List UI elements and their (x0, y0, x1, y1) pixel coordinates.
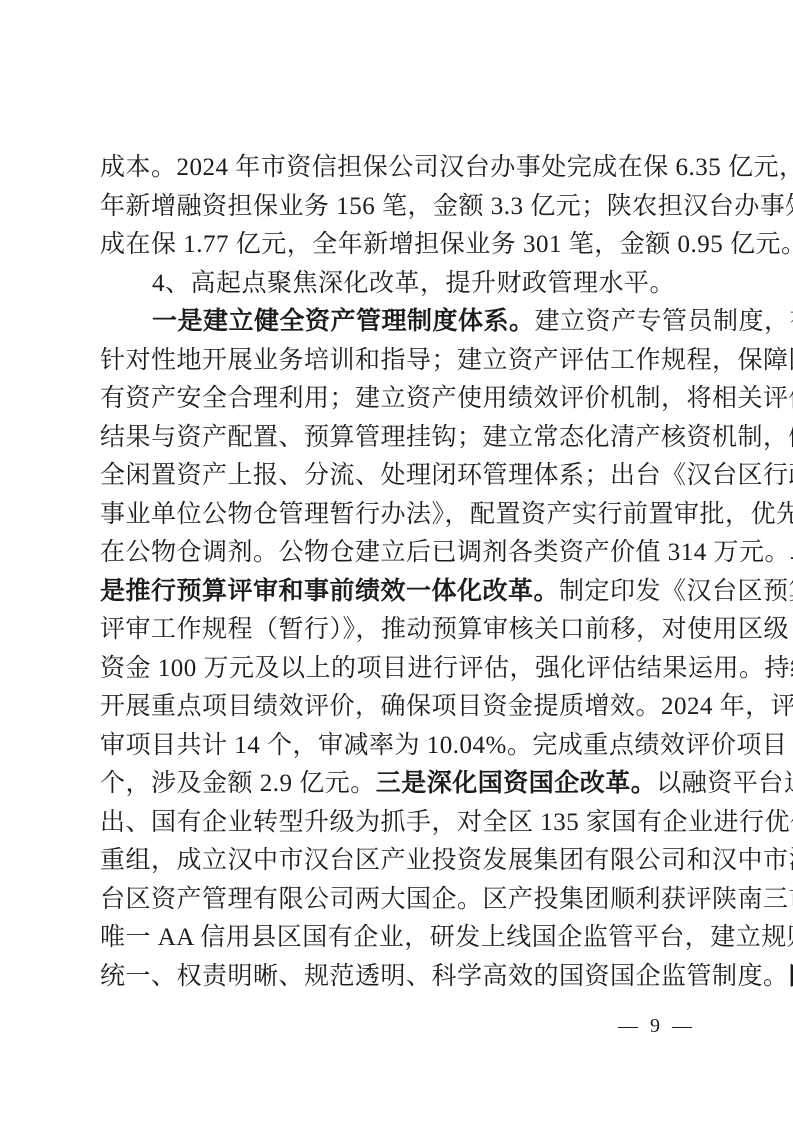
text-segment: 有资产安全合理利用；建立资产使用绩效评价机制，将相关评价 (100, 385, 793, 412)
bold-text-segment: 三是深化国资国企改革。 (376, 770, 657, 797)
text-line: 4、高起点聚焦深化改革，提升财政管理水平。 (100, 265, 692, 304)
text-segment: 4、高起点聚焦深化改革，提升财政管理水平。 (152, 270, 675, 297)
text-line: 成在保 1.77 亿元，全年新增担保业务 301 笔，金额 0.95 亿元。 (100, 226, 692, 265)
text-line: 出、国有企业转型升级为抓手，对全区 135 家国有企业进行优化 (100, 804, 692, 843)
text-segment: 针对性地开展业务培训和指导；建立资产评估工作规程，保障国 (100, 347, 793, 374)
text-line: 成本。2024 年市资信担保公司汉台办事处完成在保 6.35 亿元，全 (100, 149, 692, 188)
text-line: 台区资产管理有限公司两大国企。区产投集团顺利获评陕南三市 (100, 881, 692, 920)
text-segment: 评审工作规程（暂行）》，推动预算审核关口前移，对使用区级 (100, 616, 789, 643)
text-line: 全闲置资产上报、分流、处理闭环管理体系；出台《汉台区行政 (100, 457, 692, 496)
document-body: 成本。2024 年市资信担保公司汉台办事处完成在保 6.35 亿元，全年新增融资… (100, 149, 692, 996)
document-page: 成本。2024 年市资信担保公司汉台办事处完成在保 6.35 亿元，全年新增融资… (0, 0, 793, 1122)
text-segment: 审项目共计 14 个，审减率为 10.04%。完成重点绩效评价项目 6 (100, 732, 793, 759)
text-segment: 重组，成立汉中市汉台区产业投资发展集团有限公司和汉中市汉 (100, 847, 793, 874)
text-segment: 成本。2024 年市资信担保公司汉台办事处完成在保 6.35 亿元，全 (100, 154, 793, 181)
text-segment: 全闲置资产上报、分流、处理闭环管理体系；出台《汉台区行政 (100, 462, 793, 489)
page-number: — 9 — (618, 1013, 692, 1039)
text-segment: 结果与资产配置、预算管理挂钩；建立常态化清产核资机制，健 (100, 424, 793, 451)
text-line: 事业单位公物仓管理暂行办法》，配置资产实行前置审批，优先 (100, 496, 692, 535)
text-line: 评审工作规程（暂行）》，推动预算审核关口前移，对使用区级 (100, 611, 692, 650)
text-line: 针对性地开展业务培训和指导；建立资产评估工作规程，保障国 (100, 342, 692, 381)
text-line: 唯一 AA 信用县区国有企业，研发上线国企监管平台，建立规则 (100, 919, 692, 958)
text-segment: 制定印发《汉台区预算 (559, 578, 793, 605)
text-line: 在公物仓调剂。公物仓建立后已调剂各类资产价值 314 万元。二 (100, 534, 692, 573)
text-segment: 建立资产专管员制度，有 (535, 308, 793, 335)
text-segment: 事业单位公物仓管理暂行办法》，配置资产实行前置审批，优先 (100, 501, 793, 528)
text-segment: 年新增融资担保业务 156 笔，金额 3.3 亿元；陕农担汉台办事处完 (100, 193, 793, 220)
text-line: 重组，成立汉中市汉台区产业投资发展集团有限公司和汉中市汉 (100, 842, 692, 881)
text-line: 个，涉及金额 2.9 亿元。三是深化国资国企改革。以融资平台退 (100, 765, 692, 804)
text-segment: 个，涉及金额 2.9 亿元。 (100, 770, 376, 797)
text-segment: 出、国有企业转型升级为抓手，对全区 135 家国有企业进行优化 (100, 809, 793, 836)
text-line: 审项目共计 14 个，审减率为 10.04%。完成重点绩效评价项目 6 (100, 727, 692, 766)
text-line: 统一、权责明晰、规范透明、科学高效的国资国企监管制度。四 (100, 958, 692, 997)
bold-text-segment: 四 (789, 963, 793, 990)
text-segment: 开展重点项目绩效评价，确保项目资金提质增效。2024 年，评 (100, 693, 793, 720)
text-segment: 统一、权责明晰、规范透明、科学高效的国资国企监管制度。 (100, 963, 789, 990)
text-line: 年新增融资担保业务 156 笔，金额 3.3 亿元；陕农担汉台办事处完 (100, 188, 692, 227)
text-line: 结果与资产配置、预算管理挂钩；建立常态化清产核资机制，健 (100, 419, 692, 458)
bold-text-segment: 是推行预算评审和事前绩效一体化改革。 (100, 578, 559, 605)
text-line: 有资产安全合理利用；建立资产使用绩效评价机制，将相关评价 (100, 380, 692, 419)
text-line: 资金 100 万元及以上的项目进行评估，强化评估结果运用。持续 (100, 650, 692, 689)
text-segment: 以融资平台退 (656, 770, 793, 797)
text-line: 是推行预算评审和事前绩效一体化改革。制定印发《汉台区预算 (100, 573, 692, 612)
text-segment: 资金 100 万元及以上的项目进行评估，强化评估结果运用。持续 (100, 655, 793, 682)
text-segment: 台区资产管理有限公司两大国企。区产投集团顺利获评陕南三市 (100, 886, 793, 913)
text-segment: 在公物仓调剂。公物仓建立后已调剂各类资产价值 314 万元。 (100, 539, 790, 566)
text-line: 一是建立健全资产管理制度体系。建立资产专管员制度，有 (100, 303, 692, 342)
text-segment: 成在保 1.77 亿元，全年新增担保业务 301 笔，金额 0.95 亿元。 (100, 231, 793, 258)
bold-text-segment: 一是建立健全资产管理制度体系。 (152, 308, 535, 335)
text-line: 开展重点项目绩效评价，确保项目资金提质增效。2024 年，评 (100, 688, 692, 727)
text-segment: 唯一 AA 信用县区国有企业，研发上线国企监管平台，建立规则 (100, 924, 793, 951)
